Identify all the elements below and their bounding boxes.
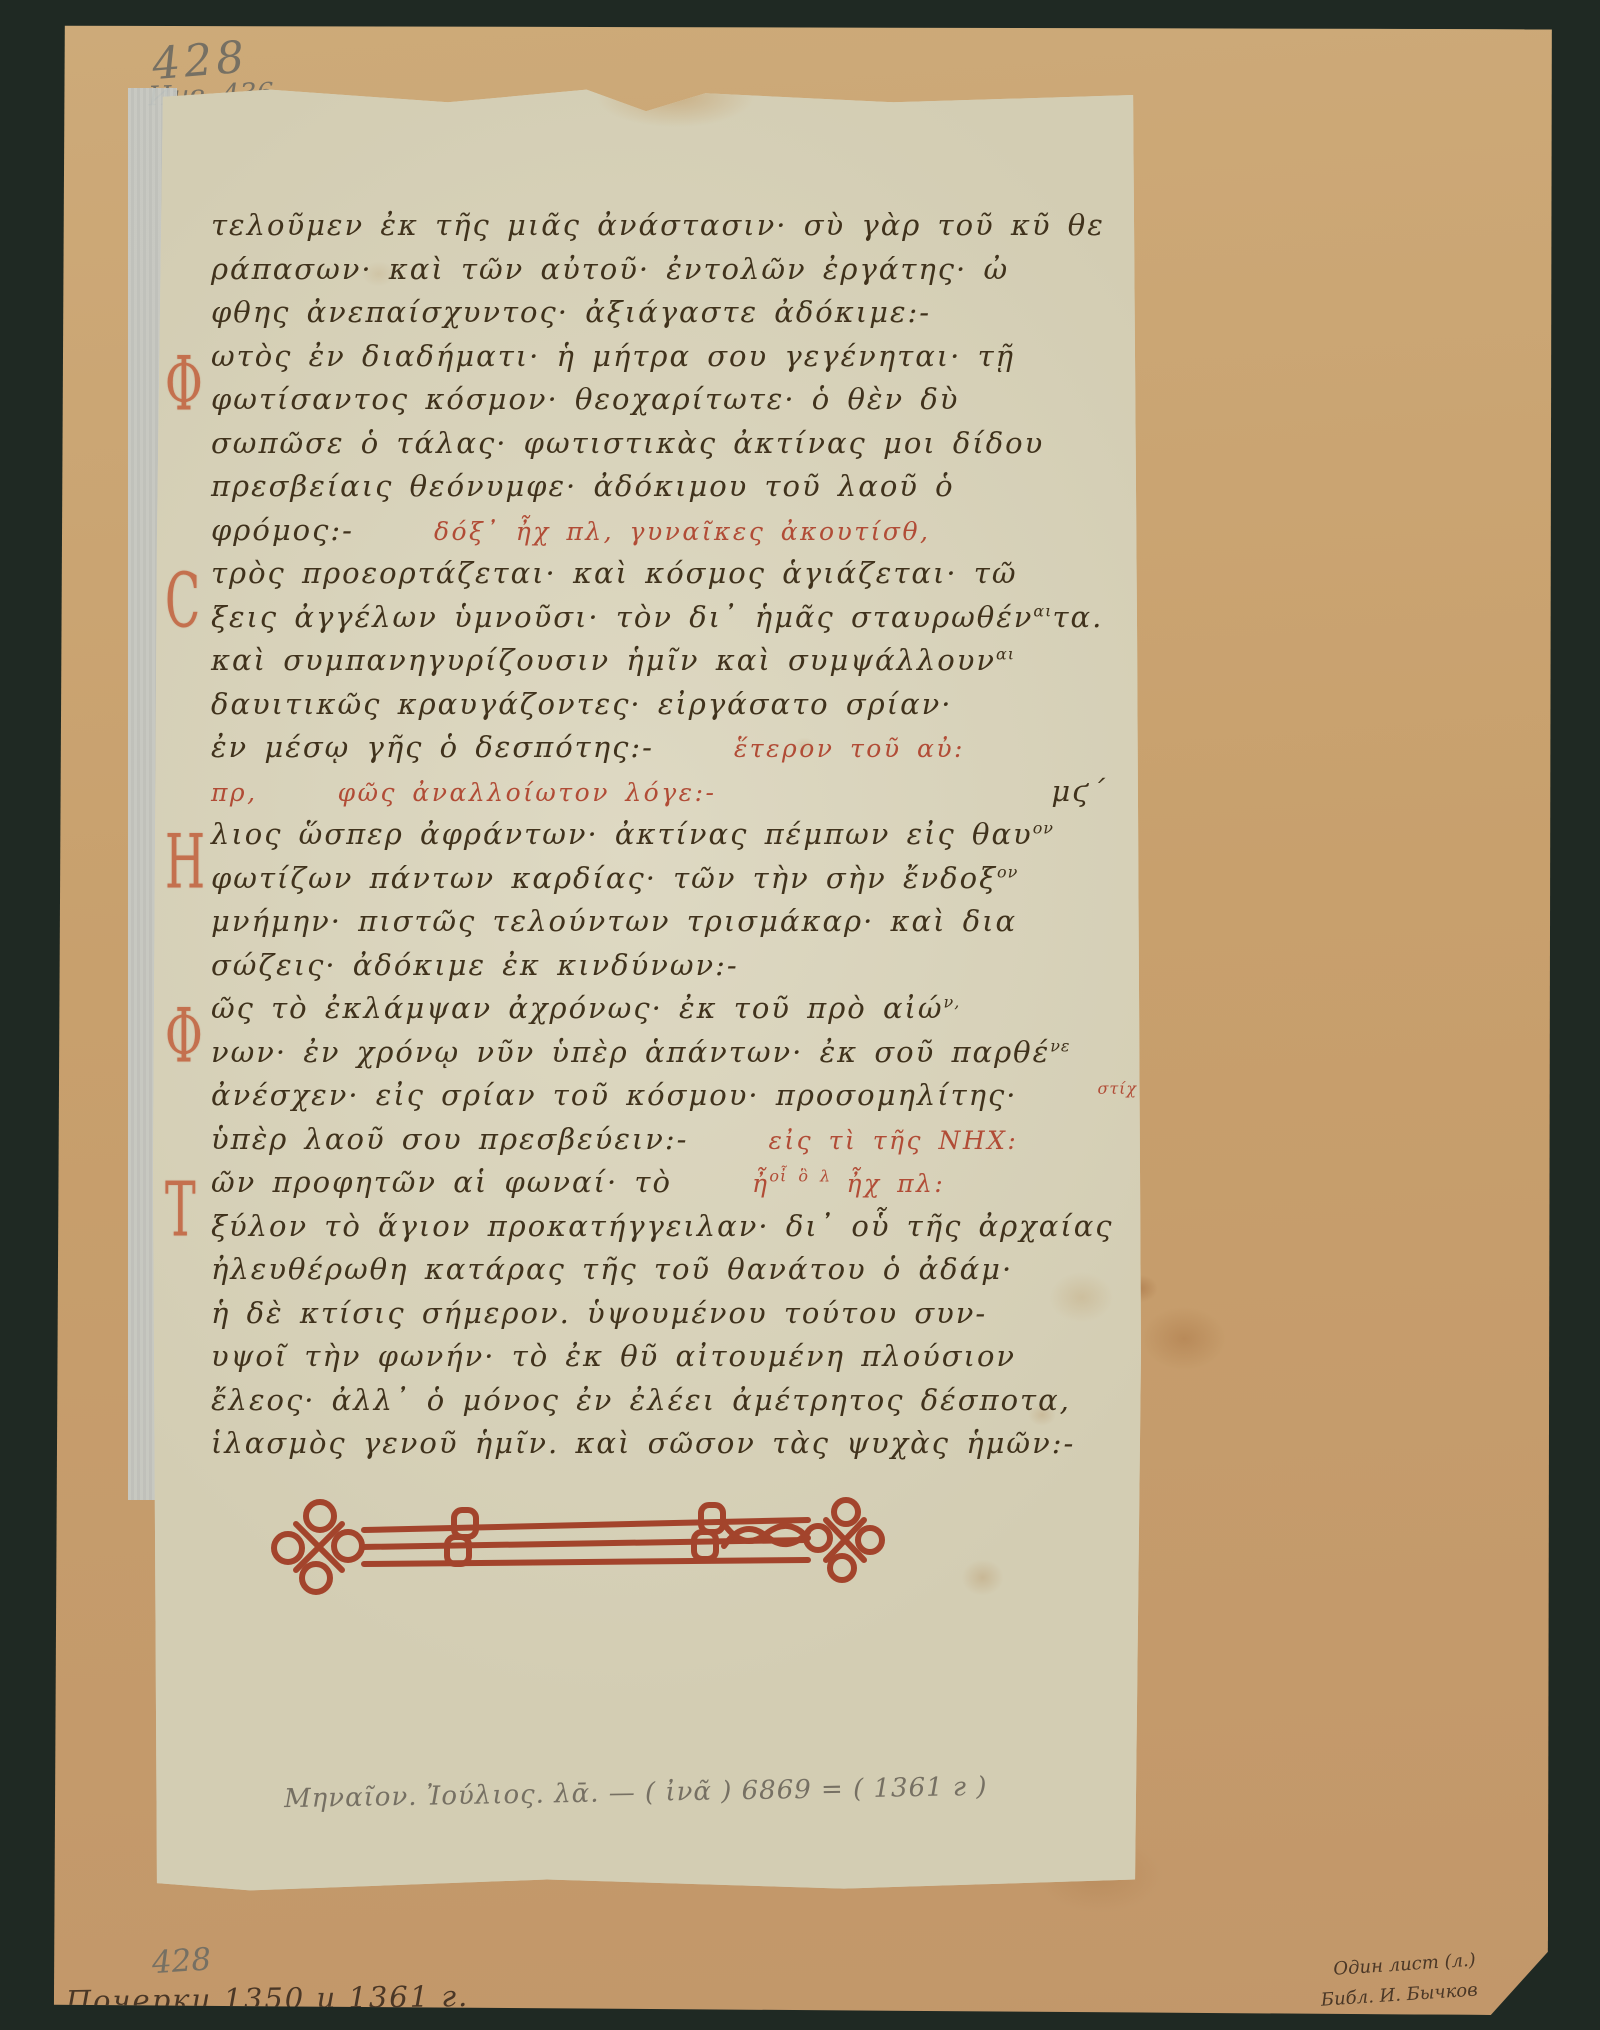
manuscript-line: Τῶν προφητῶν αἱ φωναί· τὸἦοἶ ὃ λ ἦχ πλ: [211,1165,1091,1209]
manuscript-line: φρόμος:-δόξ᾽ ἦχ πλ, γυναῖκες ἀκουτίσθ, [211,513,1091,557]
manuscript-line: σωπῶσε ὁ τάλας· φωτιστικὰς ἀκτίνας μοι δ… [211,426,1091,470]
rubric-segment: δόξ᾽ ἦχ πλ, γυναῖκες ἀκουτίσθ, [434,517,931,546]
manuscript-line: φωτίζων πάντων καρδίας· τῶν τὴν σὴν ἔνδο… [211,861,1091,905]
manuscript-line: φωτίσαντος κόσμον· θεοχαρίτωτε· ὁ θὲν δὺ [211,382,1091,426]
rubric-segment: ἦχ πλ: [831,1169,945,1198]
text-block: τελοῦμεν ἐκ τῆς μιᾶς ἀνάστασιν· σὺ γὰρ τ… [211,208,1091,1470]
text-segment: φωτίζων πάντων καρδίας· τῶν τὴν σὴν ἔνδο… [211,861,997,895]
text-segment: ἡ δὲ κτίσις σήμερον. ὑψουμένου τούτου συ… [211,1296,987,1330]
text-segment: ον [1033,818,1054,837]
ornament-clasp [694,1532,716,1559]
manuscript-line: Ηλιος ὥσπερ ἀφράντων· ἀκτίνας πέμπων εἰς… [211,817,1091,861]
text-segment: δαυιτικῶς κραυγάζοντες· εἰργάσατο σρίαν· [211,687,953,721]
curator-note-bottom-right: Один лист (л.) Библ. И. Бычков [1318,1946,1479,2016]
text-segment: ν, [944,992,961,1011]
manuscript-line: Cτρὸς προεορτάζεται· καὶ κόσμος ἁγιάζετα… [211,556,1091,600]
text-segment: τελοῦμεν ἐκ τῆς μιᾶς ἀνάστασιν· σὺ γὰρ τ… [211,208,1105,242]
ornament-clasp [447,1537,469,1564]
illuminated-initial: Τ [165,1166,198,1253]
text-segment: ράπασων· καὶ τῶν αὐτοῦ· ἐντολῶν ἐργάτης·… [211,252,1009,286]
rubric-segment: πρ, [211,778,258,807]
text-segment: ῶς τὸ ἐκλάμψαν ἀχρόνως· ἐκ τοῦ πρὸ αἰώ [211,991,944,1025]
text-segment: νε [1050,1036,1070,1055]
text-segment: μϛ´ [1051,774,1107,808]
manuscript-line: υψοῖ τὴν φωνήν· τὸ ἐκ θῦ αἰτουμένη πλούσ… [211,1339,1091,1383]
manuscript-line: ἐν μέσῳ γῆς ὁ δεσπότης:-ἕτερον τοῦ αὐ: [211,730,1091,774]
manuscript-line: ἀνέσχεν· εἰς σρίαν τοῦ κόσμου· προσομηλί… [211,1078,1091,1122]
text-segment: ἐν μέσῳ γῆς ὁ δεσπότης:- [211,730,654,764]
text-segment: σώζεις· ἀδόκιμε ἐκ κινδύνων:- [211,948,739,982]
text-segment: ωτὸς ἐν διαδήματι· ἡ μήτρα σου γεγένηται… [211,339,1015,373]
rubric-segment: ἦ [752,1169,769,1198]
illuminated-initial: Η [165,818,207,905]
manuscript-photograph: { "colors":{ "background":"#1f2923","mou… [0,0,1600,2030]
manuscript-line: ἱλασμὸς γενοῦ ἡμῖν. καὶ σῶσον τὰς ψυχὰς … [211,1426,1091,1470]
ornament-left-knot [274,1502,362,1592]
text-segment: αι [1033,601,1052,620]
manuscript-line: ξεις ἀγγέλων ὑμνοῦσι· τὸν δι᾽ ἡμᾶς σταυρ… [211,600,1091,644]
manuscript-line: Φῶς τὸ ἐκλάμψαν ἀχρόνως· ἐκ τοῦ πρὸ αἰών… [211,991,1091,1035]
manuscript-line: ὑπὲρ λαοῦ σου πρεσβεύειν:-εἰς τὶ τῆς ΝΗΧ… [211,1122,1091,1166]
rubric-segment: εἰς τὶ τῆς ΝΗΧ: [768,1126,1018,1155]
text-segment: ἱλασμὸς γενοῦ ἡμῖν. καὶ σῶσον τὰς ψυχὰς … [211,1426,1075,1460]
text-segment: ἔλεος· ἀλλ᾽ ὁ μόνος ἐν ἐλέει ἀμέτρητος δ… [211,1383,1071,1417]
text-segment: πρεσβείαις θεόνυμφε· ἀδόκιμου τοῦ λαοῦ ὁ [211,469,955,503]
ornament-right-knot [806,1500,882,1580]
text-segment: αι [996,644,1015,663]
manuscript-line: ράπασων· καὶ τῶν αὐτοῦ· ἐντολῶν ἐργάτης·… [211,252,1091,296]
rubric-segment: ἕτερον τοῦ αὐ: [734,734,965,763]
manuscript-line: σώζεις· ἀδόκιμε ἐκ κινδύνων:- [211,948,1091,992]
manuscript-line: ἠλευθέρωθη κατάρας τῆς τοῦ θανάτου ὁ ἀδά… [211,1252,1091,1296]
text-segment: ον [997,862,1018,881]
manuscript-line: πρεσβείαις θεόνυμφε· ἀδόκιμου τοῦ λαοῦ ὁ [211,469,1091,513]
text-segment: ξεις ἀγγέλων ὑμνοῦσι· τὸν δι᾽ ἡμᾶς σταυρ… [211,600,1033,634]
text-segment: φωτίσαντος κόσμον· θεοχαρίτωτε· ὁ θὲν δὺ [211,382,959,416]
manuscript-leaf: τελοῦμεν ἐκ τῆς μιᾶς ἀνάστασιν· σὺ γὰρ τ… [151,86,1141,1894]
illuminated-initial: Φ [165,992,205,1079]
text-segment: τα. [1052,600,1103,634]
ornament-clasp [701,1505,723,1532]
rubric-segment: φῶς ἀναλλοίωτον λόγε:- [338,778,717,807]
text-segment: μνήμην· πιστῶς τελούντων τρισμάκαρ· καὶ … [211,904,1017,938]
manuscript-line: φθης ἀνεπαίσχυντος· ἀξιάγαστε ἀδόκιμε:- [211,295,1091,339]
manuscript-line: Φωτὸς ἐν διαδήματι· ἡ μήτρα σου γεγένητα… [211,339,1091,383]
illuminated-initial: C [165,557,202,644]
text-segment: ἠλευθέρωθη κατάρας τῆς τοῦ θανάτου ὁ ἀδά… [211,1252,1013,1286]
pencil-date-note: Μηναῖον. Ἰούλιος. λᾱ. — ( ἰνᾶ ) 6869 = (… [284,1772,988,1814]
interlace-tailpiece-ornament [246,1484,886,1614]
rubric-segment: οἶ ὃ λ [769,1166,831,1185]
manuscript-line: δαυιτικῶς κραυγάζοντες· εἰργάσατο σρίαν· [211,687,1091,731]
text-segment: τρὸς προεορτάζεται· καὶ κόσμος ἁγιάζεται… [211,556,1018,590]
text-segment: σωπῶσε ὁ τάλας· φωτιστικὰς ἀκτίνας μοι δ… [211,426,1044,460]
text-segment: υψοῖ τὴν φωνήν· τὸ ἐκ θῦ αἰτουμένη πλούσ… [211,1339,1016,1373]
text-segment: ῶν προφητῶν αἱ φωναί· τὸ [211,1165,672,1199]
manuscript-line: πρ,φῶς ἀναλλοίωτον λόγε:-μϛ´ [211,774,1091,818]
text-segment: ἀνέσχεν· εἰς σρίαν τοῦ κόσμου· προσομηλί… [211,1078,1017,1112]
manuscript-line: καὶ συμπανηγυρίζουσιν ἡμῖν καὶ συμψάλλου… [211,643,1091,687]
manuscript-line: ἡ δὲ κτίσις σήμερον. ὑψουμένου τούτου συ… [211,1296,1091,1340]
curator-note-handwritings: Почерки 1350 и 1361 г. [66,1979,470,2018]
manuscript-line: τελοῦμεν ἐκ τῆς μιᾶς ἀνάστασιν· σὺ γὰρ τ… [211,208,1091,252]
illuminated-initial: Φ [165,340,205,427]
shelfmark-bottom-left: 428 [151,1941,212,1981]
ornament-rail-bottom [364,1560,808,1564]
manuscript-line: ξύλον τὸ ἅγιον προκατήγγειλαν· δι᾽ οὗ τῆ… [211,1209,1091,1253]
manuscript-line: μνήμην· πιστῶς τελούντων τρισμάκαρ· καὶ … [211,904,1091,948]
text-segment: καὶ συμπανηγυρίζουσιν ἡμῖν καὶ συμψάλλου… [211,643,996,677]
text-segment: φθης ἀνεπαίσχυντος· ἀξιάγαστε ἀδόκιμε:- [211,295,931,329]
text-segment: ὑπὲρ λαοῦ σου πρεσβεύειν:- [211,1122,688,1156]
manuscript-line: ἔλεος· ἀλλ᾽ ὁ μόνος ἐν ἐλέει ἀμέτρητος δ… [211,1383,1091,1427]
ornament-clasp [454,1510,476,1537]
text-segment: νων· ἐν χρόνῳ νῦν ὑπὲρ ἁπάντων· ἐκ σοῦ π… [211,1035,1050,1069]
manuscript-line: νων· ἐν χρόνῳ νῦν ὑπὲρ ἁπάντων· ἐκ σοῦ π… [211,1035,1091,1079]
text-segment: ξύλον τὸ ἅγιον προκατήγγειλαν· δι᾽ οὗ τῆ… [211,1209,1114,1243]
text-segment: φρόμος:- [211,513,354,547]
text-segment: λιος ὥσπερ ἀφράντων· ἀκτίνας πέμπων εἰς … [211,817,1033,851]
